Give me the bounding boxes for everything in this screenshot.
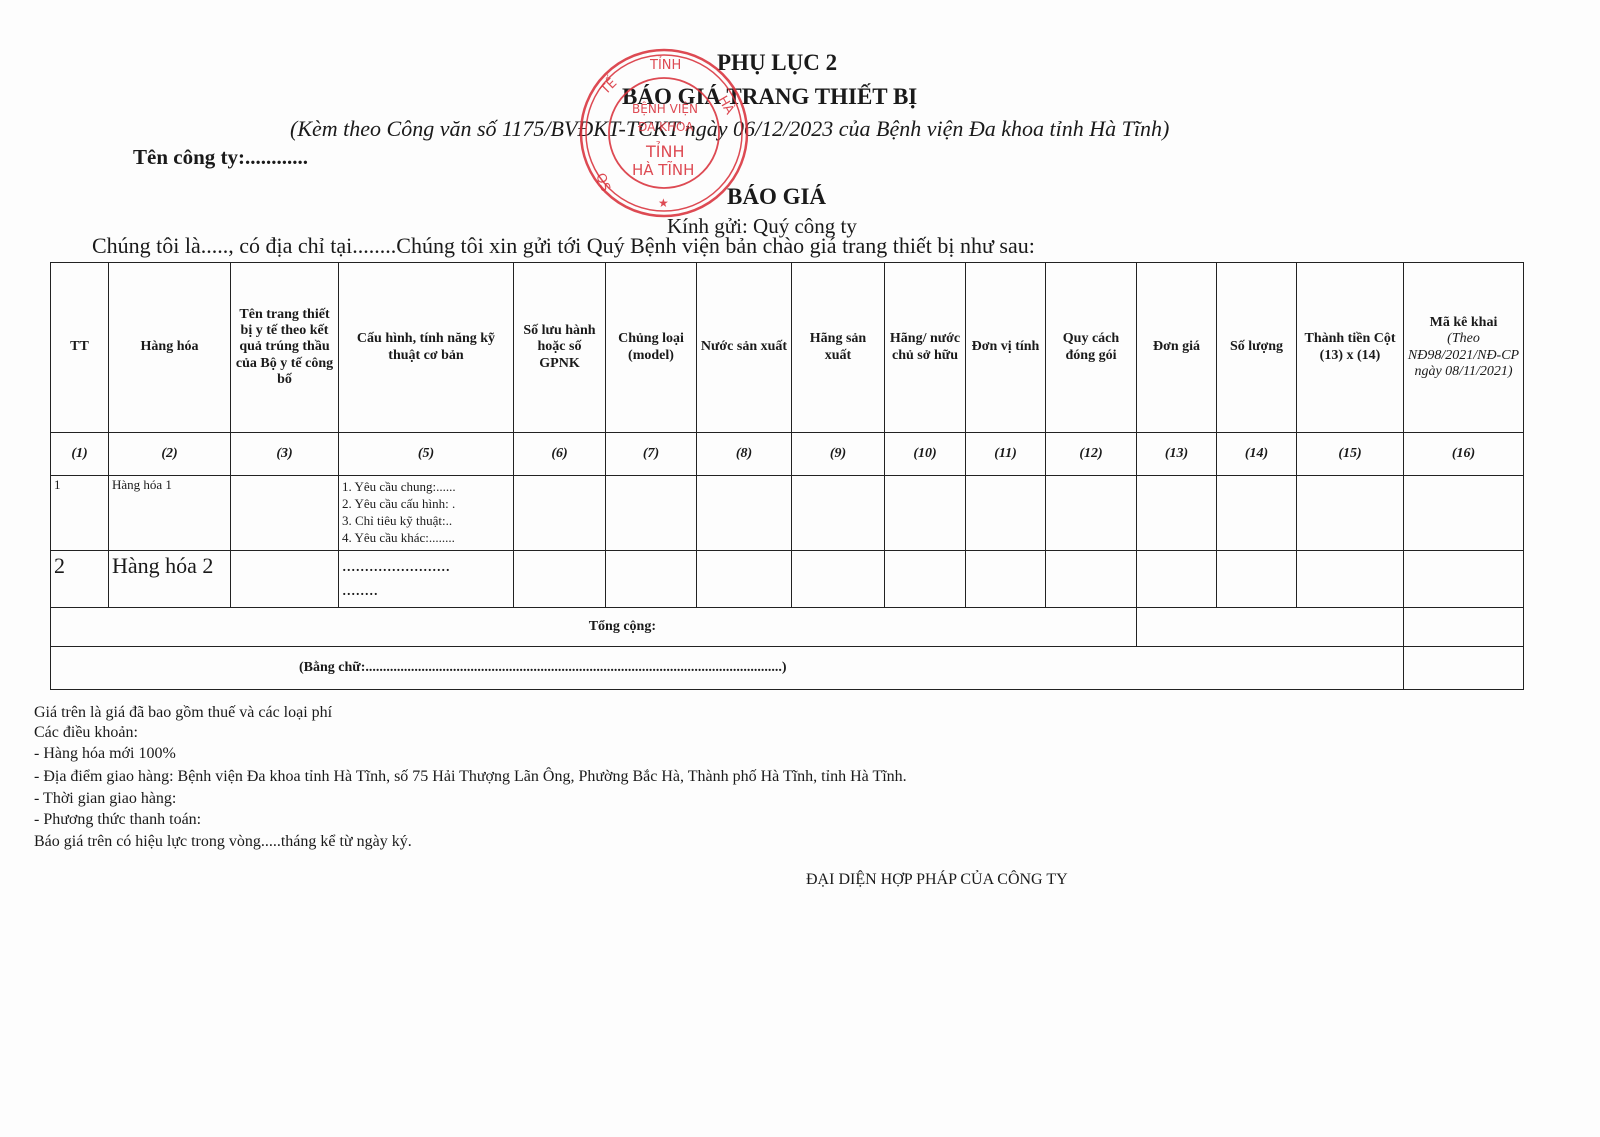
- total-row: Tổng cộng:: [51, 608, 1524, 647]
- row-cell[interactable]: [697, 551, 792, 608]
- row-cell[interactable]: [1297, 476, 1404, 551]
- row-cell[interactable]: [606, 551, 697, 608]
- term-payment-method: - Phương thức thanh toán:: [34, 811, 201, 829]
- col-header-declaration-code: Mã kê khai (Theo NĐ98/2021/NĐ-CP ngày 08…: [1404, 263, 1524, 433]
- col-index: (1): [51, 433, 109, 476]
- col-index: (12): [1046, 433, 1137, 476]
- row-cell[interactable]: [966, 551, 1046, 608]
- col-header-owner: Hãng/ nước chủ sở hữu: [885, 263, 966, 433]
- total-label: Tổng cộng:: [51, 608, 1137, 647]
- row-cell[interactable]: [885, 476, 966, 551]
- row-cell[interactable]: [966, 476, 1046, 551]
- col-index: (8): [697, 433, 792, 476]
- row-item: Hàng hóa 2: [109, 551, 231, 608]
- row-cell[interactable]: [1404, 551, 1524, 608]
- term-new-goods: - Hàng hóa mới 100%: [34, 745, 176, 763]
- col-index: (6): [514, 433, 606, 476]
- col-index: (16): [1404, 433, 1524, 476]
- col-header-packaging: Quy cách đóng gói: [1046, 263, 1137, 433]
- signature-label: ĐẠI DIỆN HỢP PHÁP CỦA CÔNG TY: [806, 871, 1068, 889]
- col-index: (11): [966, 433, 1046, 476]
- col-header-unit-price: Đơn giá: [1137, 263, 1217, 433]
- row-cell[interactable]: [606, 476, 697, 551]
- row-cell[interactable]: [885, 551, 966, 608]
- validity-note: Báo giá trên có hiệu lực trong vòng.....…: [34, 833, 412, 851]
- terms-heading: Các điều khoản:: [34, 724, 138, 742]
- stamp-text-right: HÀ: [715, 93, 738, 117]
- col-index: (5): [339, 433, 514, 476]
- col-header-registration: Số lưu hành hoặc số GPNK: [514, 263, 606, 433]
- col-index: (2): [109, 433, 231, 476]
- col-header-item: Hàng hóa: [109, 263, 231, 433]
- table-row: 1 Hàng hóa 1 1. Yêu cầu chung:...... 2. …: [51, 476, 1524, 551]
- row-cell[interactable]: [1217, 476, 1297, 551]
- row-cell[interactable]: [1046, 551, 1137, 608]
- col-index: (9): [792, 433, 885, 476]
- declaration-code-note: (Theo NĐ98/2021/NĐ-CP ngày 08/11/2021): [1407, 331, 1520, 379]
- col-header-model: Chủng loại (model): [606, 263, 697, 433]
- svg-text:★: ★: [658, 196, 669, 210]
- col-header-country: Nước sản xuất: [697, 263, 792, 433]
- row-cell[interactable]: [1217, 551, 1297, 608]
- row-cell[interactable]: [1046, 476, 1137, 551]
- row-cell[interactable]: [1137, 551, 1217, 608]
- table-row: 2 Hàng hóa 2 ........................ ..…: [51, 551, 1524, 608]
- in-words-row: (Bằng chữ:..............................…: [51, 647, 1524, 690]
- intro-text: Chúng tôi là....., có địa chỉ tại.......…: [92, 233, 1035, 259]
- stamp-inner-1: BỆNH VIỆN: [632, 101, 698, 116]
- total-code-cell: [1404, 608, 1524, 647]
- index-row: (1) (2) (3) (5) (6) (7) (8) (9) (10) (11…: [51, 433, 1524, 476]
- col-header-amount: Thành tiền Cột (13) x (14): [1297, 263, 1404, 433]
- row-device-name[interactable]: [231, 476, 339, 551]
- col-index: (7): [606, 433, 697, 476]
- row-cell[interactable]: [792, 551, 885, 608]
- col-header-device-name: Tên trang thiết bị y tế theo kết quả trú…: [231, 263, 339, 433]
- row-cell[interactable]: [1404, 476, 1524, 551]
- official-stamp-icon: TỈNH TẾ HÀ BỆNH VIỆN ĐA KHOA TỈNH HÀ TĨN…: [578, 47, 750, 219]
- col-index: (14): [1217, 433, 1297, 476]
- col-index: (3): [231, 433, 339, 476]
- col-header-quantity: Số lượng: [1217, 263, 1297, 433]
- col-header-manufacturer: Hãng sản xuất: [792, 263, 885, 433]
- col-index: (13): [1137, 433, 1217, 476]
- row-cell[interactable]: [697, 476, 792, 551]
- col-index: (15): [1297, 433, 1404, 476]
- stamp-text-top: TỈNH: [649, 56, 681, 73]
- row-specs: ........................ ........: [339, 551, 514, 608]
- row-tt: 2: [51, 551, 109, 608]
- row-cell[interactable]: [514, 551, 606, 608]
- row-cell[interactable]: [514, 476, 606, 551]
- quotation-table: TT Hàng hóa Tên trang thiết bị y tế theo…: [50, 262, 1524, 690]
- stamp-text-left: TẾ: [596, 74, 621, 99]
- col-header-tt: TT: [51, 263, 109, 433]
- company-name-label: Tên công ty:............: [133, 145, 308, 170]
- col-header-unit: Đơn vị tính: [966, 263, 1046, 433]
- row-tt: 1: [51, 476, 109, 551]
- col-header-specs: Cấu hình, tính năng kỹ thuật cơ bản: [339, 263, 514, 433]
- in-words-code-cell: [1404, 647, 1524, 690]
- header-row: TT Hàng hóa Tên trang thiết bị y tế theo…: [51, 263, 1524, 433]
- row-cell[interactable]: [1297, 551, 1404, 608]
- total-amount-cell[interactable]: [1137, 608, 1404, 647]
- col-index: (10): [885, 433, 966, 476]
- row-item: Hàng hóa 1: [109, 476, 231, 551]
- stamp-inner-2: ĐA KHOA: [638, 120, 694, 134]
- price-note: Giá trên là giá đã bao gồm thuế và các l…: [34, 704, 332, 722]
- declaration-code-label: Mã kê khai: [1407, 315, 1520, 331]
- in-words-label: (Bằng chữ:..............................…: [51, 647, 1404, 690]
- row-device-name[interactable]: [231, 551, 339, 608]
- row-specs: 1. Yêu cầu chung:...... 2. Yêu cầu cấu h…: [339, 476, 514, 551]
- stamp-code: QS: [592, 171, 612, 193]
- stamp-inner-3: TỈNH: [645, 141, 685, 161]
- term-delivery-time: - Thời gian giao hàng:: [34, 790, 176, 808]
- term-delivery-location: - Địa điểm giao hàng: Bệnh viện Đa khoa …: [34, 768, 907, 786]
- stamp-inner-4: HÀ TĨNH: [632, 160, 694, 179]
- row-cell[interactable]: [1137, 476, 1217, 551]
- row-cell[interactable]: [792, 476, 885, 551]
